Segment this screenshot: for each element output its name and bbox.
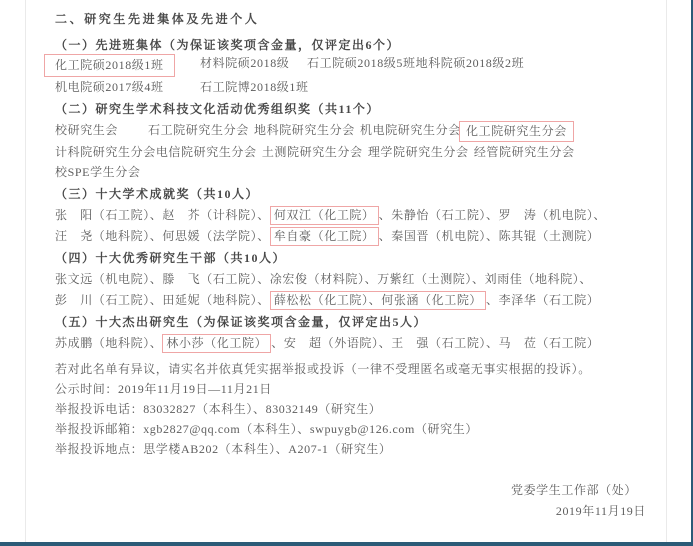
highlight-box: 林小莎（化工院） xyxy=(162,334,271,353)
section-2-row-3: 校SPE学生分会 xyxy=(55,165,651,180)
award-cell: 校研究生会 xyxy=(55,123,148,138)
section-5-heading: （五）十大杰出研究生（为保证该奖项含金量，仅评定出5人） xyxy=(55,315,651,330)
page-right-edge-line xyxy=(666,0,667,542)
section-4-line-2: 彭 川（石工院）、田延妮（地科院）、薛松松（化工院）、何张涵（化工院）、李泽华（… xyxy=(55,293,651,308)
page-title: 二、研究生先进集体及先进个人 xyxy=(55,12,651,27)
award-text: 校SPE学生分会 xyxy=(55,165,140,179)
award-cell: 机电院研究生分会 xyxy=(360,123,466,138)
appeal-notice: 若对此名单有异议，请实名并依真凭实据举报或投诉（一律不受理匿名或毫无事实根据的投… xyxy=(55,362,651,377)
award-cell: 土测院研究生分会 xyxy=(262,145,368,160)
award-text: 材料院硕2018级 xyxy=(200,56,289,70)
award-cell: 理学院研究生分会 xyxy=(368,145,474,160)
report-phone: 举报投诉电话：83032827（本科生）、83032149（研究生） xyxy=(55,402,651,417)
roster-text: 、安 超（外语院）、王 强（石工院）、马 莅（石工院） xyxy=(271,336,599,350)
award-cell: 地科院硕2018级2班 xyxy=(416,56,525,71)
section-3-heading: （三）十大学术成就奖（共10人） xyxy=(55,187,651,202)
section-1-heading: （一）先进班集体（为保证该奖项含金量，仅评定出6个） xyxy=(55,38,651,53)
section-4-heading: （四）十大优秀研究生干部（共10人） xyxy=(55,251,651,266)
award-cell: 电信院研究生分会 xyxy=(156,145,262,160)
award-text: 经管院研究生分会 xyxy=(474,145,575,159)
award-text: 机电院研究生分会 xyxy=(360,123,461,137)
award-text: 石工院研究生分会 xyxy=(148,123,249,137)
section-1-row-1: 化工院硕2018级1班 材料院硕2018级 石工院硕2018级5班 地科院硕20… xyxy=(55,56,651,75)
roster-text: 苏成鹏（地科院）、 xyxy=(55,336,162,350)
signature-department: 党委学生工作部（处） xyxy=(55,483,651,498)
award-cell: 石工院研究生分会 xyxy=(148,123,254,138)
highlight-box: 薛松松（化工院）、何张涵（化工院） xyxy=(270,291,486,310)
award-text: 地科院硕2018级2班 xyxy=(416,56,525,70)
award-cell: 化工院研究生分会 xyxy=(466,123,574,140)
award-cell: 地科院研究生分会 xyxy=(254,123,360,138)
award-cell: 机电院硕2017级4班 xyxy=(55,80,200,95)
highlight-box: 化工院研究生分会 xyxy=(459,121,574,142)
publicity-period: 公示时间：2019年11月19日—11月21日 xyxy=(55,382,651,397)
award-text: 理学院研究生分会 xyxy=(368,145,469,159)
award-text: 地科院研究生分会 xyxy=(254,123,355,137)
award-text: 校研究生会 xyxy=(55,123,118,137)
award-cell: 校SPE学生分会 xyxy=(55,165,140,180)
award-text: 电信院研究生分会 xyxy=(156,145,257,159)
signature-date: 2019年11月19日 xyxy=(55,504,651,519)
roster-text: 张 阳（石工院）、赵 芥（计科院）、 xyxy=(55,208,270,222)
award-cell: 材料院硕2018级 xyxy=(200,56,307,71)
roster-text: 、李泽华（石工院） xyxy=(486,293,599,307)
award-text: 计科院研究生分会 xyxy=(55,145,156,159)
award-cell: 计科院研究生分会 xyxy=(55,145,156,160)
roster-text: 彭 川（石工院）、田延妮（地科院）、 xyxy=(55,293,270,307)
highlight-box: 何双江（化工院） xyxy=(270,206,379,225)
award-cell: 经管院研究生分会 xyxy=(474,145,575,160)
page-left-edge-line xyxy=(25,0,26,542)
highlight-box: 牟自豪（化工院） xyxy=(270,227,379,246)
award-text: 土测院研究生分会 xyxy=(262,145,363,159)
section-1-row-2: 机电院硕2017级4班 石工院博2018级1班 xyxy=(55,80,651,95)
roster-text: 、朱静怡（石工院）、罗 涛（机电院）、 xyxy=(379,208,606,222)
award-text: 机电院硕2017级4班 xyxy=(55,80,164,94)
window-bottom-border xyxy=(0,542,693,546)
section-2-row-1: 校研究生会 石工院研究生分会 地科院研究生分会 机电院研究生分会 化工院研究生分… xyxy=(55,123,651,140)
section-3-line-2: 汪 尧（地科院）、何思媛（法学院）、牟自豪（化工院）、秦国晋（机电院）、陈其锟（… xyxy=(55,229,651,244)
report-location: 举报投诉地点：思学楼AB202（本科生）、A207-1（研究生） xyxy=(55,442,651,457)
award-text: 石工院硕2018级5班 xyxy=(307,56,416,70)
section-2-heading: （二）研究生学术科技文化活动优秀组织奖（共11个） xyxy=(55,102,651,117)
report-email: 举报投诉邮箱：xgb2827@qq.com（本科生）、swpuygb@126.c… xyxy=(55,422,651,437)
document-page: 二、研究生先进集体及先进个人 （一）先进班集体（为保证该奖项含金量，仅评定出6个… xyxy=(0,0,693,546)
award-cell: 石工院硕2018级5班 xyxy=(307,56,416,71)
section-5-line-1: 苏成鹏（地科院）、林小莎（化工院）、安 超（外语院）、王 强（石工院）、马 莅（… xyxy=(55,336,651,351)
award-cell: 石工院博2018级1班 xyxy=(200,80,309,95)
award-cell: 化工院硕2018级1班 xyxy=(55,56,200,75)
award-text: 石工院博2018级1班 xyxy=(200,80,309,94)
highlight-box: 化工院硕2018级1班 xyxy=(44,54,175,77)
roster-text: 张文远（机电院）、滕 飞（石工院）、凃宏俊（材料院）、万紫红（土测院）、刘雨佳（… xyxy=(55,272,592,286)
roster-text: 汪 尧（地科院）、何思媛（法学院）、 xyxy=(55,229,270,243)
section-3-line-1: 张 阳（石工院）、赵 芥（计科院）、何双江（化工院）、朱静怡（石工院）、罗 涛（… xyxy=(55,208,651,223)
roster-text: 、秦国晋（机电院）、陈其锟（土测院） xyxy=(379,229,600,243)
section-4-line-1: 张文远（机电院）、滕 飞（石工院）、凃宏俊（材料院）、万紫红（土测院）、刘雨佳（… xyxy=(55,272,651,287)
section-2-row-2: 计科院研究生分会 电信院研究生分会 土测院研究生分会 理学院研究生分会 经管院研… xyxy=(55,145,651,160)
